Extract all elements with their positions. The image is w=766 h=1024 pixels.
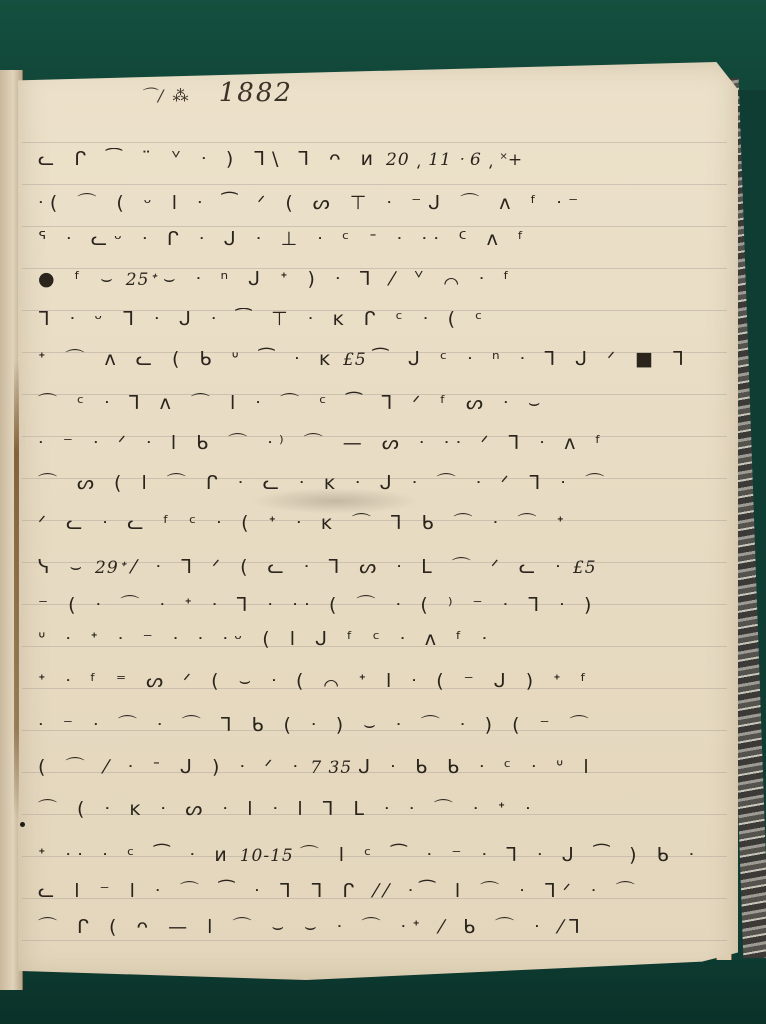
ruled-line [22,226,727,227]
shorthand-line: ᐩ ⌒ ᴧ ᓚ ( ᑲ ᐡ ⁀ ᐧ ᴋ£5⁀ ᒍ ᶜ ᐧ ⁿ ᐧ ⅂ ᒍ ᐟ ■… [38,344,738,374]
header-mark: ⌒/ ⁂ [140,86,190,105]
shorthand-line: ᐧ ⁻ ᐧ ᐟ ᐧ ⅼ ᑲ ⌒ ᐧ⁾ ⌒ — ᔕ ᐧ ᐧᐧ ᐟ ⅂ ᐧ ᴧ ᶠ [38,428,738,458]
shorthand-line: ᐧ( ⌒ ( ᵕ ⅼ ᐧ ⁀ ᐟ ( ᔕ ⊤ ᐧ ⁻ᒍ ⌒ ᴧ ᶠ ᐧ⁻ [38,188,738,218]
shorthand-text: ⌒ ᔕ ( ⅼ ⌒ ᒋ ᐧ ᓚ ᐧ ᴋ ᐧ ᒍ ᐧ ⌒ ᐧ ᐟ ᒣ ᐧ ⌒ [38,472,611,494]
shorthand-text: ᐧ ⁻ ᐧ ⌒ ᐧ ⌒ ⅂ ᑲ ( ᐧ ) ⌣ ᐧ ⌒ ᐧ ) ( ⁻ ⌒ [38,714,596,736]
numeral: 10-15 [240,846,294,866]
shorthand-text: ᓭ ⌣ [38,556,89,578]
shorthand-line: ᓚ ᒋ ⁀ ¨ ᘁ ᐧ ) ᒣ\ ⅂ ᴖ ᴎ20 ͵ 11 ᐧ 6 ͵ ˟+ [38,148,738,178]
shorthand-text: ⌒ ( ᐧ ᴋ ᐧ ᔕ ᐧ ⅼ ᐧ ⅼ ⅂ ᒪ ᐧ ᐧ ⌒ ᐧ ᐩ ᐧ [38,798,537,820]
shorthand-text: ᐡ ᐧ ᐩ ᐧ ⁻ ᐧ ᐧ ᐧᵕ ( ⅼ ᒍ ᶠ ᶜ ᐧ ᴧ ᶠ ᐧ [38,628,494,650]
shorthand-line: ⌒ ( ᐧ ᴋ ᐧ ᔕ ᐧ ⅼ ᐧ ⅼ ⅂ ᒪ ᐧ ᐧ ⌒ ᐧ ᐩ ᐧ [38,794,738,824]
shorthand-text: ᓚ ⅼ ⁻ ⅼ ᐧ ⌒ ⁀ ᐧ ᒣ ᒣ ᒋ ⁄⁄ ᐧ⁀ ⅼ ⌒ ᐧ ᒣᐟ ᐧ ⌒ [38,880,642,902]
shorthand-line: ᐩ ᐧᐧ ᐧ ᶜ ⁀ ᐧ ᴎ10-15⌒ ⅼ ᶜ ⁀ ᐧ ⁻ ᐧ ⅂ ᐧ ᒍ ⁀… [38,840,738,870]
shorthand-text: ᐩ ⌒ ᴧ ᓚ ( ᑲ ᐡ ⁀ ᐧ ᴋ [38,348,337,370]
shorthand-text: ᒣ ᐧ ᵕ ᒣ ᐧ ᒍ ᐧ ⁀ ⊤ ᐧ ᴋ ᒋ ᶜ ᐧ ( ᶜ [38,308,489,330]
shorthand-line: ⁻ ( ᐧ ⌒ ᐧ ᐩ ᐧ ⅂ ᐧ ᐧᐧ ( ⌒ ᐧ ( ⁾ ⁻ ᐧ ᒣ ᐧ ) [38,590,738,620]
shorthand-line: ᐩ ᐧ ᶠ ⁼ ᔕ ᐟ ( ⌣ ᐧ ( ⌒ ᐩ ⅼ ᐧ ( ⁻ ᒍ ) ᐩ ᶠ [38,670,738,700]
shorthand-line: ᒣ ᐧ ᵕ ᒣ ᐧ ᒍ ᐧ ⁀ ⊤ ᐧ ᴋ ᒋ ᶜ ᐧ ( ᶜ [38,308,738,338]
shorthand-line: ⌒ ᶜ ᐧ ⅂ ᴧ ⌒ ⅼ ᐧ ⌒ ᶜ ⁀ ⅂ ᐟ ᶠ ᔕ ᐧ ⌣ [38,388,738,418]
shorthand-line: ᓚ ⅼ ⁻ ⅼ ᐧ ⌒ ⁀ ᐧ ᒣ ᒣ ᒋ ⁄⁄ ᐧ⁀ ⅼ ⌒ ᐧ ᒣᐟ ᐧ ⌒ [38,876,738,906]
numeral: £5 [343,350,367,370]
shorthand-line: ● ᶠ ⌣25ᐩ⌣ ᐧ ⁿ ᒍ ᐩ ) ᐧ ⅂ ⁄ ᘁ ⌒ ᐧ ᶠ [38,268,738,298]
shorthand-text: ⌣ ᐧ ⁿ ᒍ ᐩ ) ᐧ ⅂ ⁄ ᘁ ⌒ ᐧ ᶠ [163,268,516,290]
shorthand-text: ⁻ ( ᐧ ⌒ ᐧ ᐩ ᐧ ⅂ ᐧ ᐧᐧ ( ⌒ ᐧ ( ⁾ ⁻ ᐧ ᒣ ᐧ ) [38,594,598,616]
shorthand-text: ⁄ ᐧ ᒣ ᐟ ( ᓚ ᐧ ⅂ ᔕ ᐧ ᒪ ⌒ ᐟ ᓚ ᐧ [132,556,567,578]
shorthand-text: ⁀ ᒍ ᶜ ᐧ ⁿ ᐧ ⅂ ᒍ ᐟ ■ ⅂ [373,348,691,370]
numeral: 7 35 [310,758,352,778]
shorthand-line: ( ⌒ ⁄ ᐧ ᐨ ᒍ ) ᐧ ᐟ ᐧ7 35ᒍ ᐧ ᑲ ᑲ ᐧ ᶜ ᐧ ᐡ ⅼ [38,752,738,782]
shorthand-text: ᐟ ᓚ ᐧ ᓚ ᶠ ᶜ ᐧ ( ᐩ ᐧ ᴋ ⌒ ⅂ ᑲ ⌒ ᐧ ⌒ ᐩ [38,512,571,534]
numeral: £5 [573,558,597,578]
shorthand-line: ᐧ ⁻ ᐧ ⌒ ᐧ ⌒ ⅂ ᑲ ( ᐧ ) ⌣ ᐧ ⌒ ᐧ ) ( ⁻ ⌒ [38,710,738,740]
shorthand-text: ( ⌒ ⁄ ᐧ ᐨ ᒍ ) ᐧ ᐟ ᐧ [38,756,304,778]
shorthand-text: ● ᶠ ⌣ [38,268,120,290]
ruled-line [22,184,727,185]
shorthand-line: ᕐ ᐧ ᓚᵕ ᐧ ᒋ ᐧ ᒍ ᐧ ⊥ ᐧ ᶜ ᐨ ᐧ ᐧᐧ ᑦ ᴧ ᶠ [38,228,738,258]
shorthand-text: ⌒ ᒋ ( ᴖ — ⅼ ⌒ ⌣ ⌣ ᐧ ⌒ ᐧᐩ ⁄ ᑲ ⌒ ᐧ ⁄⅂ [38,916,587,938]
shorthand-text: ᓚ ᒋ ⁀ ¨ ᘁ ᐧ ) ᒣ\ ⅂ ᴖ ᴎ [38,148,380,170]
shorthand-text: ᐧ ⁻ ᐧ ᐟ ᐧ ⅼ ᑲ ⌒ ᐧ⁾ ⌒ — ᔕ ᐧ ᐧᐧ ᐟ ⅂ ᐧ ᴧ ᶠ [38,432,608,454]
shorthand-line: ᓭ ⌣29ᐩ⁄ ᐧ ᒣ ᐟ ( ᓚ ᐧ ⅂ ᔕ ᐧ ᒪ ⌒ ᐟ ᓚ ᐧ£5 [38,552,738,582]
numeral: 20 ͵ 11 ᐧ 6 ͵ ˟+ [386,150,523,170]
gutter-stain [14,360,19,820]
numeral: 25ᐩ [126,270,157,290]
shorthand-text: ⌒ ⅼ ᶜ ⁀ ᐧ ⁻ ᐧ ⅂ ᐧ ᒍ ⁀ ) ᑲ ᐧ [300,844,701,866]
shorthand-text: ᕐ ᐧ ᓚᵕ ᐧ ᒋ ᐧ ᒍ ᐧ ⊥ ᐧ ᶜ ᐨ ᐧ ᐧᐧ ᑦ ᴧ ᶠ [38,228,531,250]
ink-dot [20,822,25,827]
ruled-line [22,142,727,143]
page-header: ⌒/ ⁂ 1882 [140,78,293,108]
shorthand-line: ⌒ ᔕ ( ⅼ ⌒ ᒋ ᐧ ᓚ ᐧ ᴋ ᐧ ᒍ ᐧ ⌒ ᐧ ᐟ ᒣ ᐧ ⌒ [38,468,738,498]
shorthand-text: ᐩ ᐧ ᶠ ⁼ ᔕ ᐟ ( ⌣ ᐧ ( ⌒ ᐩ ⅼ ᐧ ( ⁻ ᒍ ) ᐩ ᶠ [38,670,593,692]
shorthand-line: ᐡ ᐧ ᐩ ᐧ ⁻ ᐧ ᐧ ᐧᵕ ( ⅼ ᒍ ᶠ ᶜ ᐧ ᴧ ᶠ ᐧ [38,628,738,658]
shorthand-text: ᐩ ᐧᐧ ᐧ ᶜ ⁀ ᐧ ᴎ [38,844,234,866]
shorthand-line: ⌒ ᒋ ( ᴖ — ⅼ ⌒ ⌣ ⌣ ᐧ ⌒ ᐧᐩ ⁄ ᑲ ⌒ ᐧ ⁄⅂ [38,912,738,942]
numeral: 29ᐩ [95,558,126,578]
shorthand-text: ᐧ( ⌒ ( ᵕ ⅼ ᐧ ⁀ ᐟ ( ᔕ ⊤ ᐧ ⁻ᒍ ⌒ ᴧ ᶠ ᐧ⁻ [38,192,585,214]
shorthand-text: ⌒ ᶜ ᐧ ⅂ ᴧ ⌒ ⅼ ᐧ ⌒ ᶜ ⁀ ⅂ ᐟ ᶠ ᔕ ᐧ ⌣ [38,392,547,414]
header-year: 1882 [219,78,293,108]
shorthand-text: ᒍ ᐧ ᑲ ᑲ ᐧ ᶜ ᐧ ᐡ ⅼ [358,756,595,778]
shorthand-line: ᐟ ᓚ ᐧ ᓚ ᶠ ᶜ ᐧ ( ᐩ ᐧ ᴋ ⌒ ⅂ ᑲ ⌒ ᐧ ⌒ ᐩ [38,508,738,538]
